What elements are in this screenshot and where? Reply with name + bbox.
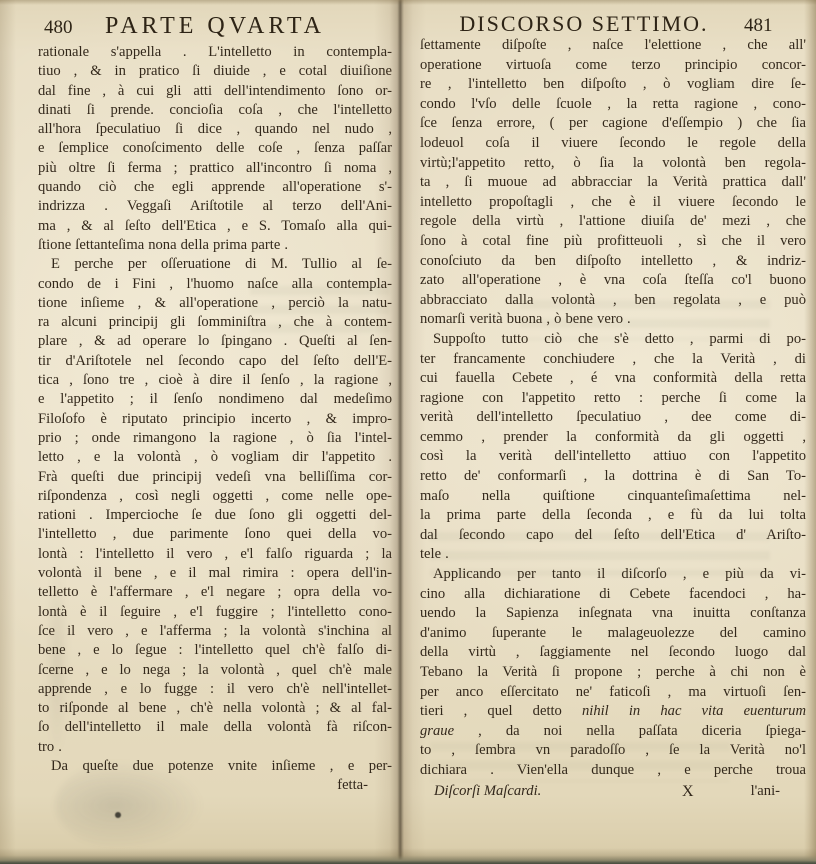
text-line: lontà : l'intelletto il vero , e'l falſo…: [38, 545, 392, 564]
text-line: zato all'operatione , è vna coſa ſteſſa …: [420, 271, 806, 291]
top-page-edge-shadow: [0, 0, 816, 5]
text-line: graue , da noi nella paſſata diceria ſpi…: [420, 722, 806, 742]
text-line: della virtù , ſaggiamente nel ſecondo lu…: [420, 643, 806, 663]
text-line: lodeuol coſa il viuere ſecondo le regole…: [420, 134, 806, 154]
text-line: abbracciato dalla volontà , ben regolata…: [420, 291, 806, 311]
text-line: dinati ſi prende. concioſia coſa , che l…: [38, 101, 392, 120]
text-line: ſo dell'intelletto il male della volontà…: [38, 718, 392, 737]
text-line: condo l'vſo delle ſcuole , la retta ragi…: [420, 95, 806, 115]
text-line: regole della virtù , l'attione diuiſa de…: [420, 212, 806, 232]
bottom-book-edge: [0, 848, 816, 864]
text-line: così la verità dell'intelletto attiuo co…: [420, 447, 806, 467]
left-catchword: fetta-: [38, 777, 368, 794]
right-page-number: 481: [744, 15, 773, 37]
text-line: ragione con l'appetito retto : perche ſi…: [420, 389, 806, 409]
text-line: nomarſi verità buona , ò bene vero .: [420, 310, 806, 330]
signature-mark: X: [682, 783, 694, 801]
text-line: ma , & al ſeſto dell'Etica , e S. Tomaſo…: [38, 217, 392, 236]
text-line: ſce ſenza errore, ( per cagione d'eſſemp…: [420, 114, 806, 134]
text-line: dal fine , à cui gli atti dell'intendime…: [38, 82, 392, 101]
left-page: 480 PARTE QVARTA rationale s'appella . L…: [0, 0, 396, 864]
text-line: E perche per oſſeruatione di M. Tullio a…: [38, 255, 392, 274]
text-line: apprende , e lo fugge : il vero ch'è nel…: [38, 680, 392, 699]
text-line: conoſciuto da ben diſpoſto intelletto , …: [420, 252, 806, 272]
text-line: rationi . Impercioche ſe due ſono gli og…: [38, 506, 392, 525]
text-line: tieri , quel detto nihil in hac vita eue…: [420, 702, 806, 722]
text-line: dichiara . Vien'ella dunque , e perche t…: [420, 761, 806, 781]
right-page-footer: Diſcorſi Maſcardi. X l'ani-: [420, 783, 806, 803]
right-running-title: DISCORSO SETTIMO.: [434, 11, 734, 37]
text-line: rationale s'appella . L'intelletto in co…: [38, 43, 392, 62]
text-line: indrizza . Veggaſi Ariſtotile al terzo d…: [38, 197, 392, 216]
text-line: ra alcuni principij gli ſomminiſtra , ch…: [38, 313, 392, 332]
text-line: tiuo , & in pratico ſi diuide , e cotal …: [38, 62, 392, 81]
right-page-edge-shadow: [804, 0, 816, 864]
text-line: riſpondenza , così negli oggetti , come …: [38, 487, 392, 506]
text-line: e l'appetito ; il ſenſo nondimeno dal me…: [38, 390, 392, 409]
text-line: tica , ſono tre , cioè à dire il ſenſo ,…: [38, 371, 392, 390]
text-line: ſono à cotal fine più profitteuoli , sì …: [420, 232, 806, 252]
text-line: cino alla dichiaratione di Cebete facend…: [420, 585, 806, 605]
text-line: verità dell'intelletto ſpeculatiuo , dee…: [420, 408, 806, 428]
text-line: ter francamente conchiudere , che la Ver…: [420, 350, 806, 370]
text-line: ſtione ſettanteſima nona della prima par…: [38, 236, 392, 255]
text-line: to , ſembra vn paradoſſo , ſe la Verità …: [420, 741, 806, 761]
text-line: la prima parte della ſeconda , e fù da l…: [420, 506, 806, 526]
text-line: ſce il vero , e l'afferma ; la volontà s…: [38, 622, 392, 641]
text-line: lontà è il ſeguire , e'l fuggire ; l'int…: [38, 603, 392, 622]
text-line: Frà queſti due principij vedeſi vna bell…: [38, 468, 392, 487]
text-line: Suppoſto tutto ciò che s'è detto , parmi…: [420, 330, 806, 350]
text-line: l'intelletto , due parimente ſono quei d…: [38, 525, 392, 544]
text-line: ſcerne , e lo nega ; la volontà , quel c…: [38, 661, 392, 680]
right-page: DISCORSO SETTIMO. 481 ſettamente diſpoſt…: [404, 0, 816, 864]
text-line: Applicando per tanto il diſcorſo , e più…: [420, 565, 806, 585]
text-line: all'hora ſpeculatiuo ſi dice , quando ne…: [38, 120, 392, 139]
text-line: più oltre ſi ferma ; prattico all'incont…: [38, 159, 392, 178]
text-line: volontà il bene , e il mal rimira : oper…: [38, 564, 392, 583]
text-line: condo de i Fini , l'huomo naſce alla con…: [38, 275, 392, 294]
text-line: plare , & ad operare lo ſpingano . Queſt…: [38, 332, 392, 351]
text-line: quando ciò che egli apprende all'operati…: [38, 178, 392, 197]
text-line: to riſponde al bene , ch'è nella volontà…: [38, 699, 392, 718]
text-line: Filoſofo è riputato principio incerto , …: [38, 410, 392, 429]
page-fold-line: [399, 0, 401, 864]
book-title-footer: Diſcorſi Maſcardi.: [434, 783, 541, 800]
left-page-edge-shadow: [0, 0, 16, 864]
text-line: e ſemplice conoſcimento delle coſe , ſen…: [38, 139, 392, 158]
text-line: ſettamente diſpoſte , naſce l'elettione …: [420, 36, 806, 56]
text-line: re , l'intelletto ben diſpoſto , ò vogli…: [420, 75, 806, 95]
text-line: cui fauella Cebete , é vna conformità de…: [420, 369, 806, 389]
text-line: dal ſecondo capo del ſeſto dell'Etica d'…: [420, 526, 806, 546]
left-page-text: rationale s'appella . L'intelletto in co…: [38, 43, 392, 776]
text-line: maſo nella quiſtione cinquanteſimaſettim…: [420, 487, 806, 507]
text-line: ta , ſi muoue ad abbracciar la Verità pr…: [420, 173, 806, 193]
text-line: telletto è l'affermare , e'l negare ; op…: [38, 583, 392, 602]
text-line: operatione virtuoſa come terzo principio…: [420, 56, 806, 76]
text-line: bene , e lo ſegue : l'intelletto quel ch…: [38, 641, 392, 660]
book-scan: 480 PARTE QVARTA rationale s'appella . L…: [0, 0, 816, 864]
right-catchword: l'ani-: [751, 783, 780, 800]
right-page-text: ſettamente diſpoſte , naſce l'elettione …: [420, 36, 806, 781]
text-line: tro .: [38, 738, 392, 757]
text-line: virtù;l'appetito retto, ò ſia la volontà…: [420, 154, 806, 174]
text-line: tione inſieme , & all'operatione , perci…: [38, 294, 392, 313]
text-line: retto de' conformarſi , la dottrina è di…: [420, 467, 806, 487]
text-line: prio ; onde rimangono la ragione , ò ſia…: [38, 429, 392, 448]
text-line: tele .: [420, 545, 806, 565]
left-running-title: PARTE QVARTA: [38, 13, 392, 40]
text-line: per anco eſſercitato ne' faticoſi , ma v…: [420, 683, 806, 703]
text-line: intelletto propoſtagli , che è il viuere…: [420, 193, 806, 213]
text-line: letto , e la volontà , ò vogliam dir l'a…: [38, 448, 392, 467]
text-line: d'animo ſuperante le malageuolezze del c…: [420, 624, 806, 644]
text-line: uendo la Sapienza inſegnata vna inuitta …: [420, 604, 806, 624]
text-line: cemmo , prender la conformità da gli ogg…: [420, 428, 806, 448]
text-line: Da queſte due potenze vnite inſieme , e …: [38, 757, 392, 776]
text-line: tir d'Ariſtotele nel ſecondo capo del ſe…: [38, 352, 392, 371]
text-line: Tebano la Verità ſi propone ; perche à c…: [420, 663, 806, 683]
